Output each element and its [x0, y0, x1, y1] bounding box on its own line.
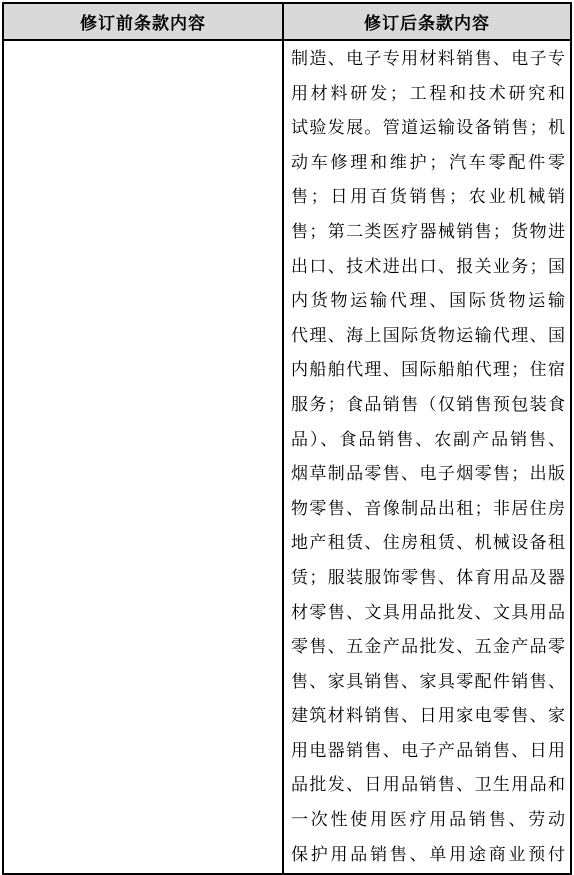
table-body-row: 制造、电子专用材料销售、电子专 用材料研发；工程和技术研究和 试验发展。管道运输… — [4, 41, 570, 873]
text-line: 烟草制品零售、电子烟零售；出版 — [291, 457, 565, 492]
cell-before-revision-content — [4, 41, 284, 873]
text-line: 保护用品销售、单用途商业预付 — [291, 838, 565, 873]
text-line: 出口、技术进出口、报关业务；国 — [291, 250, 565, 285]
cell-after-revision-content: 制造、电子专用材料销售、电子专 用材料研发；工程和技术研究和 试验发展。管道运输… — [284, 41, 570, 873]
text-line: 赁；服装服饰零售、体育用品及器 — [291, 561, 565, 596]
document-page: 修订前条款内容 修订后条款内容 制造、电子专用材料销售、电子专 用材料研发；工程… — [0, 0, 574, 875]
text-line: 品）、食品销售、农副产品销售、 — [291, 423, 565, 458]
text-line: 建筑材料销售、日用家电零售、家 — [291, 699, 565, 734]
text-line: 售；第二类医疗器械销售；货物进 — [291, 215, 565, 250]
header-cell-before-revision: 修订前条款内容 — [4, 4, 284, 39]
text-line: 售、家具销售、家具零配件销售、 — [291, 665, 565, 700]
text-line: 动车修理和维护；汽车零配件零 — [291, 146, 565, 181]
text-line: 一次性使用医疗用品销售、劳动 — [291, 803, 565, 838]
table-header-row: 修订前条款内容 修订后条款内容 — [4, 4, 570, 41]
text-line: 制造、电子专用材料销售、电子专 — [291, 42, 565, 77]
text-line: 材零售、文具用品批发、文具用品 — [291, 596, 565, 631]
text-line: 零售、五金产品批发、五金产品零 — [291, 630, 565, 665]
text-line: 地产租赁、住房租赁、机械设备租 — [291, 526, 565, 561]
text-line: 服务；食品销售（仅销售预包装食 — [291, 388, 565, 423]
text-line: 代理、海上国际货物运输代理、国 — [291, 319, 565, 354]
revision-comparison-table: 修订前条款内容 修订后条款内容 制造、电子专用材料销售、电子专 用材料研发；工程… — [2, 2, 572, 875]
text-line: 售；日用百货销售；农业机械销 — [291, 180, 565, 215]
text-line: 内货物运输代理、国际货物运输 — [291, 284, 565, 319]
text-line: 用电器销售、电子产品销售、日用 — [291, 734, 565, 769]
text-line: 内船舶代理、国际船舶代理；住宿 — [291, 353, 565, 388]
text-line: 品批发、日用品销售、卫生用品和 — [291, 768, 565, 803]
text-line: 用材料研发；工程和技术研究和 — [291, 77, 565, 112]
text-line: 试验发展。管道运输设备销售；机 — [291, 111, 565, 146]
text-line: 物零售、音像制品出租；非居住房 — [291, 492, 565, 527]
header-cell-after-revision: 修订后条款内容 — [284, 4, 570, 39]
